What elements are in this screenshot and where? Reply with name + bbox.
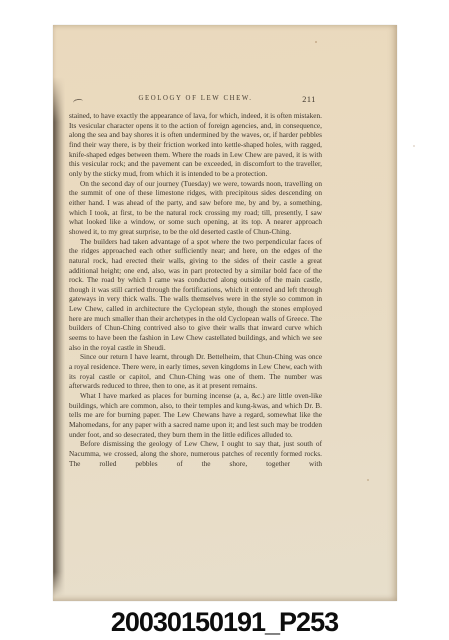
paragraph: On the second day of our journey (Tuesda… xyxy=(69,179,322,237)
gutter-shadow xyxy=(53,77,65,597)
paragraph: stained, to have exactly the appearance … xyxy=(69,111,322,179)
page-number: 211 xyxy=(302,95,316,104)
paragraph: Since our return I have learnt, through … xyxy=(69,352,322,391)
scanned-book-photo: GEOLOGY OF LEW CHEW. 211 stained, to hav… xyxy=(0,0,449,640)
text-column: GEOLOGY OF LEW CHEW. 211 stained, to hav… xyxy=(69,95,322,468)
foxing-specks xyxy=(315,41,317,43)
archive-id-caption: 20030150191_P253 xyxy=(0,607,449,640)
body-text: stained, to have exactly the appearance … xyxy=(69,111,322,468)
paragraph: The builders had taken advantage of a sp… xyxy=(69,237,322,353)
running-header-title: GEOLOGY OF LEW CHEW. xyxy=(138,95,252,102)
paragraph: Before dismissing the geology of Lew Che… xyxy=(69,439,322,468)
book-page: GEOLOGY OF LEW CHEW. 211 stained, to hav… xyxy=(53,25,397,601)
paragraph: What I have marked as places for burning… xyxy=(69,391,322,439)
running-header: GEOLOGY OF LEW CHEW. 211 xyxy=(69,95,322,108)
